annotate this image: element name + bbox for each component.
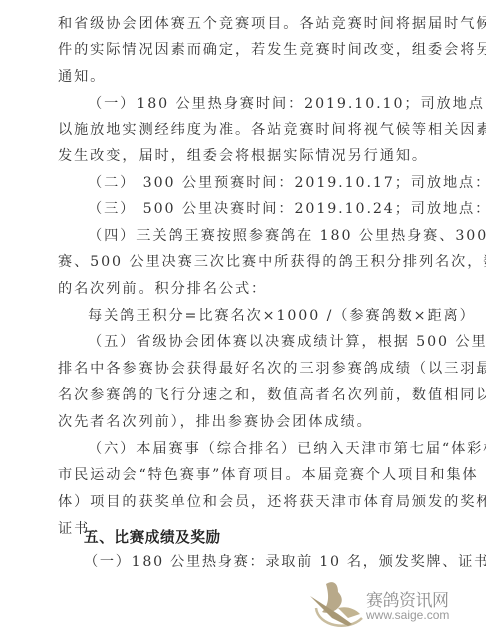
paragraph-line: 通知。	[58, 67, 106, 87]
paragraph-line: 以施放地实测经纬度为准。各站竞赛时间将视气候等相关因素而	[58, 120, 486, 140]
paragraph-line: （三） 500 公里决赛时间：2019.10.24；司放地点：东北线	[88, 199, 486, 219]
paragraph-line: （四）三关鸽王赛按照参赛鸽在 180 公里热身赛、300 公里预	[88, 226, 486, 246]
paragraph-line: 和省级协会团体赛五个竞赛项目。各站竞赛时间将据届时气候条	[58, 14, 486, 34]
paragraph-line: （二） 300 公里预赛时间：2019.10.17；司放地点：东北线	[88, 173, 486, 193]
paragraph-line: 次先者名次列前），排出参赛协会团体成绩。	[58, 412, 373, 432]
paragraph-line: （一）180 公里热身赛时间：2019.10.10；司放地点：东北线，	[88, 94, 486, 114]
watermark: 赛鸽资讯网 www.saige.com	[308, 578, 458, 634]
paragraph-line: 体）项目的获奖单位和会员，还将获天津市体育局颁发的奖杯与	[58, 492, 486, 512]
paragraph-line: 的名次列前。积分排名公式：	[58, 279, 267, 299]
paragraph-line: 市民运动会“特色赛事”体育项目。本届竞赛个人项目和集体（团	[58, 465, 486, 485]
paragraph-line: 发生改变，届时，组委会将根据实际情况另行通知。	[58, 146, 428, 166]
section-item: （一）180 公里热身赛：录取前 10 名，颁发奖牌、证书。	[84, 552, 486, 572]
paragraph-line: 每关鸽王积分=比赛名次×1000 /（参赛鸽数×距离）	[88, 306, 476, 326]
paragraph-line: 赛、500 公里决赛三次比赛中所获得的鸽王积分排列名次，数值低	[58, 252, 486, 272]
watermark-url: www.saige.com	[366, 608, 449, 622]
section-heading: 五、比赛成绩及奖励	[84, 528, 221, 548]
pigeon-logo-icon	[308, 578, 370, 634]
paragraph-line: 排名中各参赛协会获得最好名次的三羽参赛鸽成绩（以三羽最好	[58, 359, 486, 379]
paragraph-line: 名次参赛鸽的飞行分速之和，数值高者名次列前，数值相同以名	[58, 385, 486, 405]
paragraph-line: 件的实际情况因素而确定，若发生竞赛时间改变，组委会将另行	[58, 40, 486, 60]
paragraph-line: （六）本届赛事（综合排名）已纳入天津市第七届“体彩杯”	[88, 439, 486, 459]
paragraph-line: （五）省级协会团体赛以决赛成绩计算，根据 500 公里决赛	[88, 332, 486, 352]
